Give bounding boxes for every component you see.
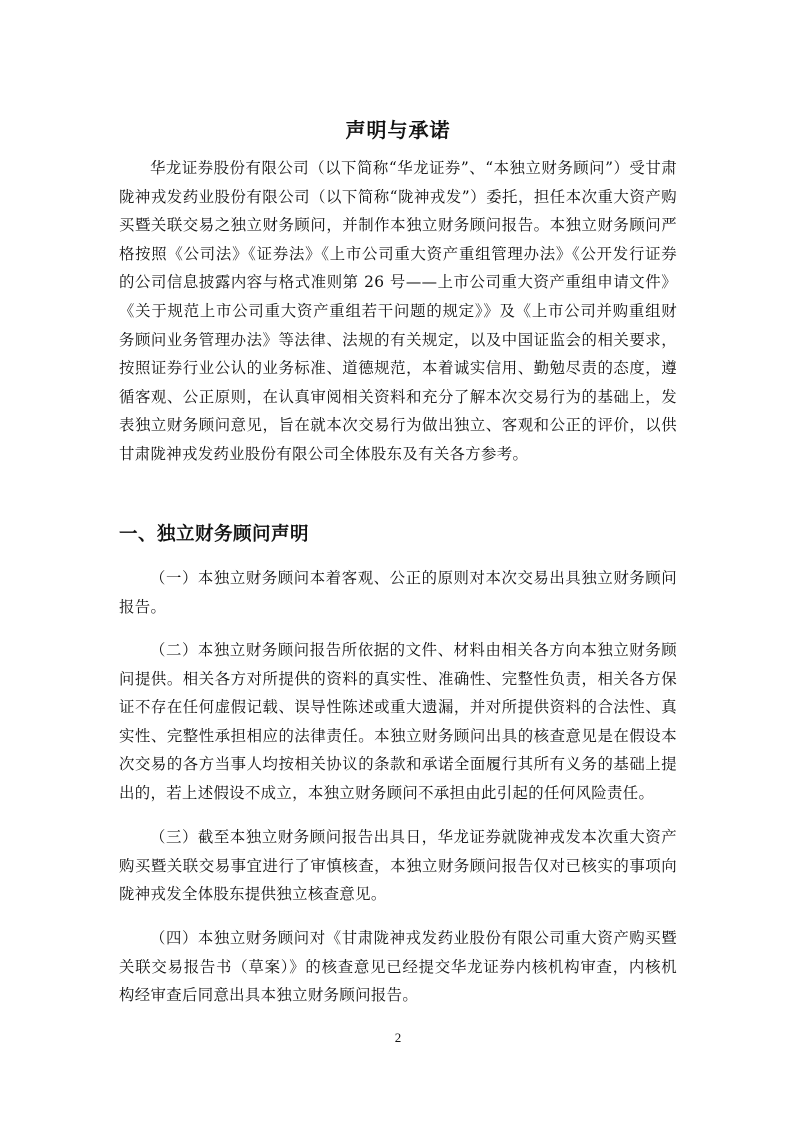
- page-number: 2: [119, 1030, 677, 1046]
- page-title: 声明与承诺: [119, 116, 677, 144]
- statement-item-2: （二）本独立财务顾问报告所依据的文件、材料由相关各方向本独立财务顾问提供。相关各…: [119, 636, 677, 808]
- statement-item-4: （四）本独立财务顾问对《甘肃陇神戎发药业股份有限公司重大资产购买暨关联交易报告书…: [119, 924, 677, 1010]
- intro-paragraph: 华龙证券股份有限公司（以下简称“华龙证券”、“本独立财务顾问”）受甘肃陇神戎发药…: [119, 154, 677, 469]
- section-heading: 一、独立财务顾问声明: [119, 521, 309, 549]
- statement-item-3: （三）截至本独立财务顾问报告出具日，华龙证券就陇神戎发本次重大资产购买暨关联交易…: [119, 823, 677, 909]
- statement-item-1: （一）本独立财务顾问本着客观、公正的原则对本次交易出具独立财务顾问报告。: [119, 564, 677, 621]
